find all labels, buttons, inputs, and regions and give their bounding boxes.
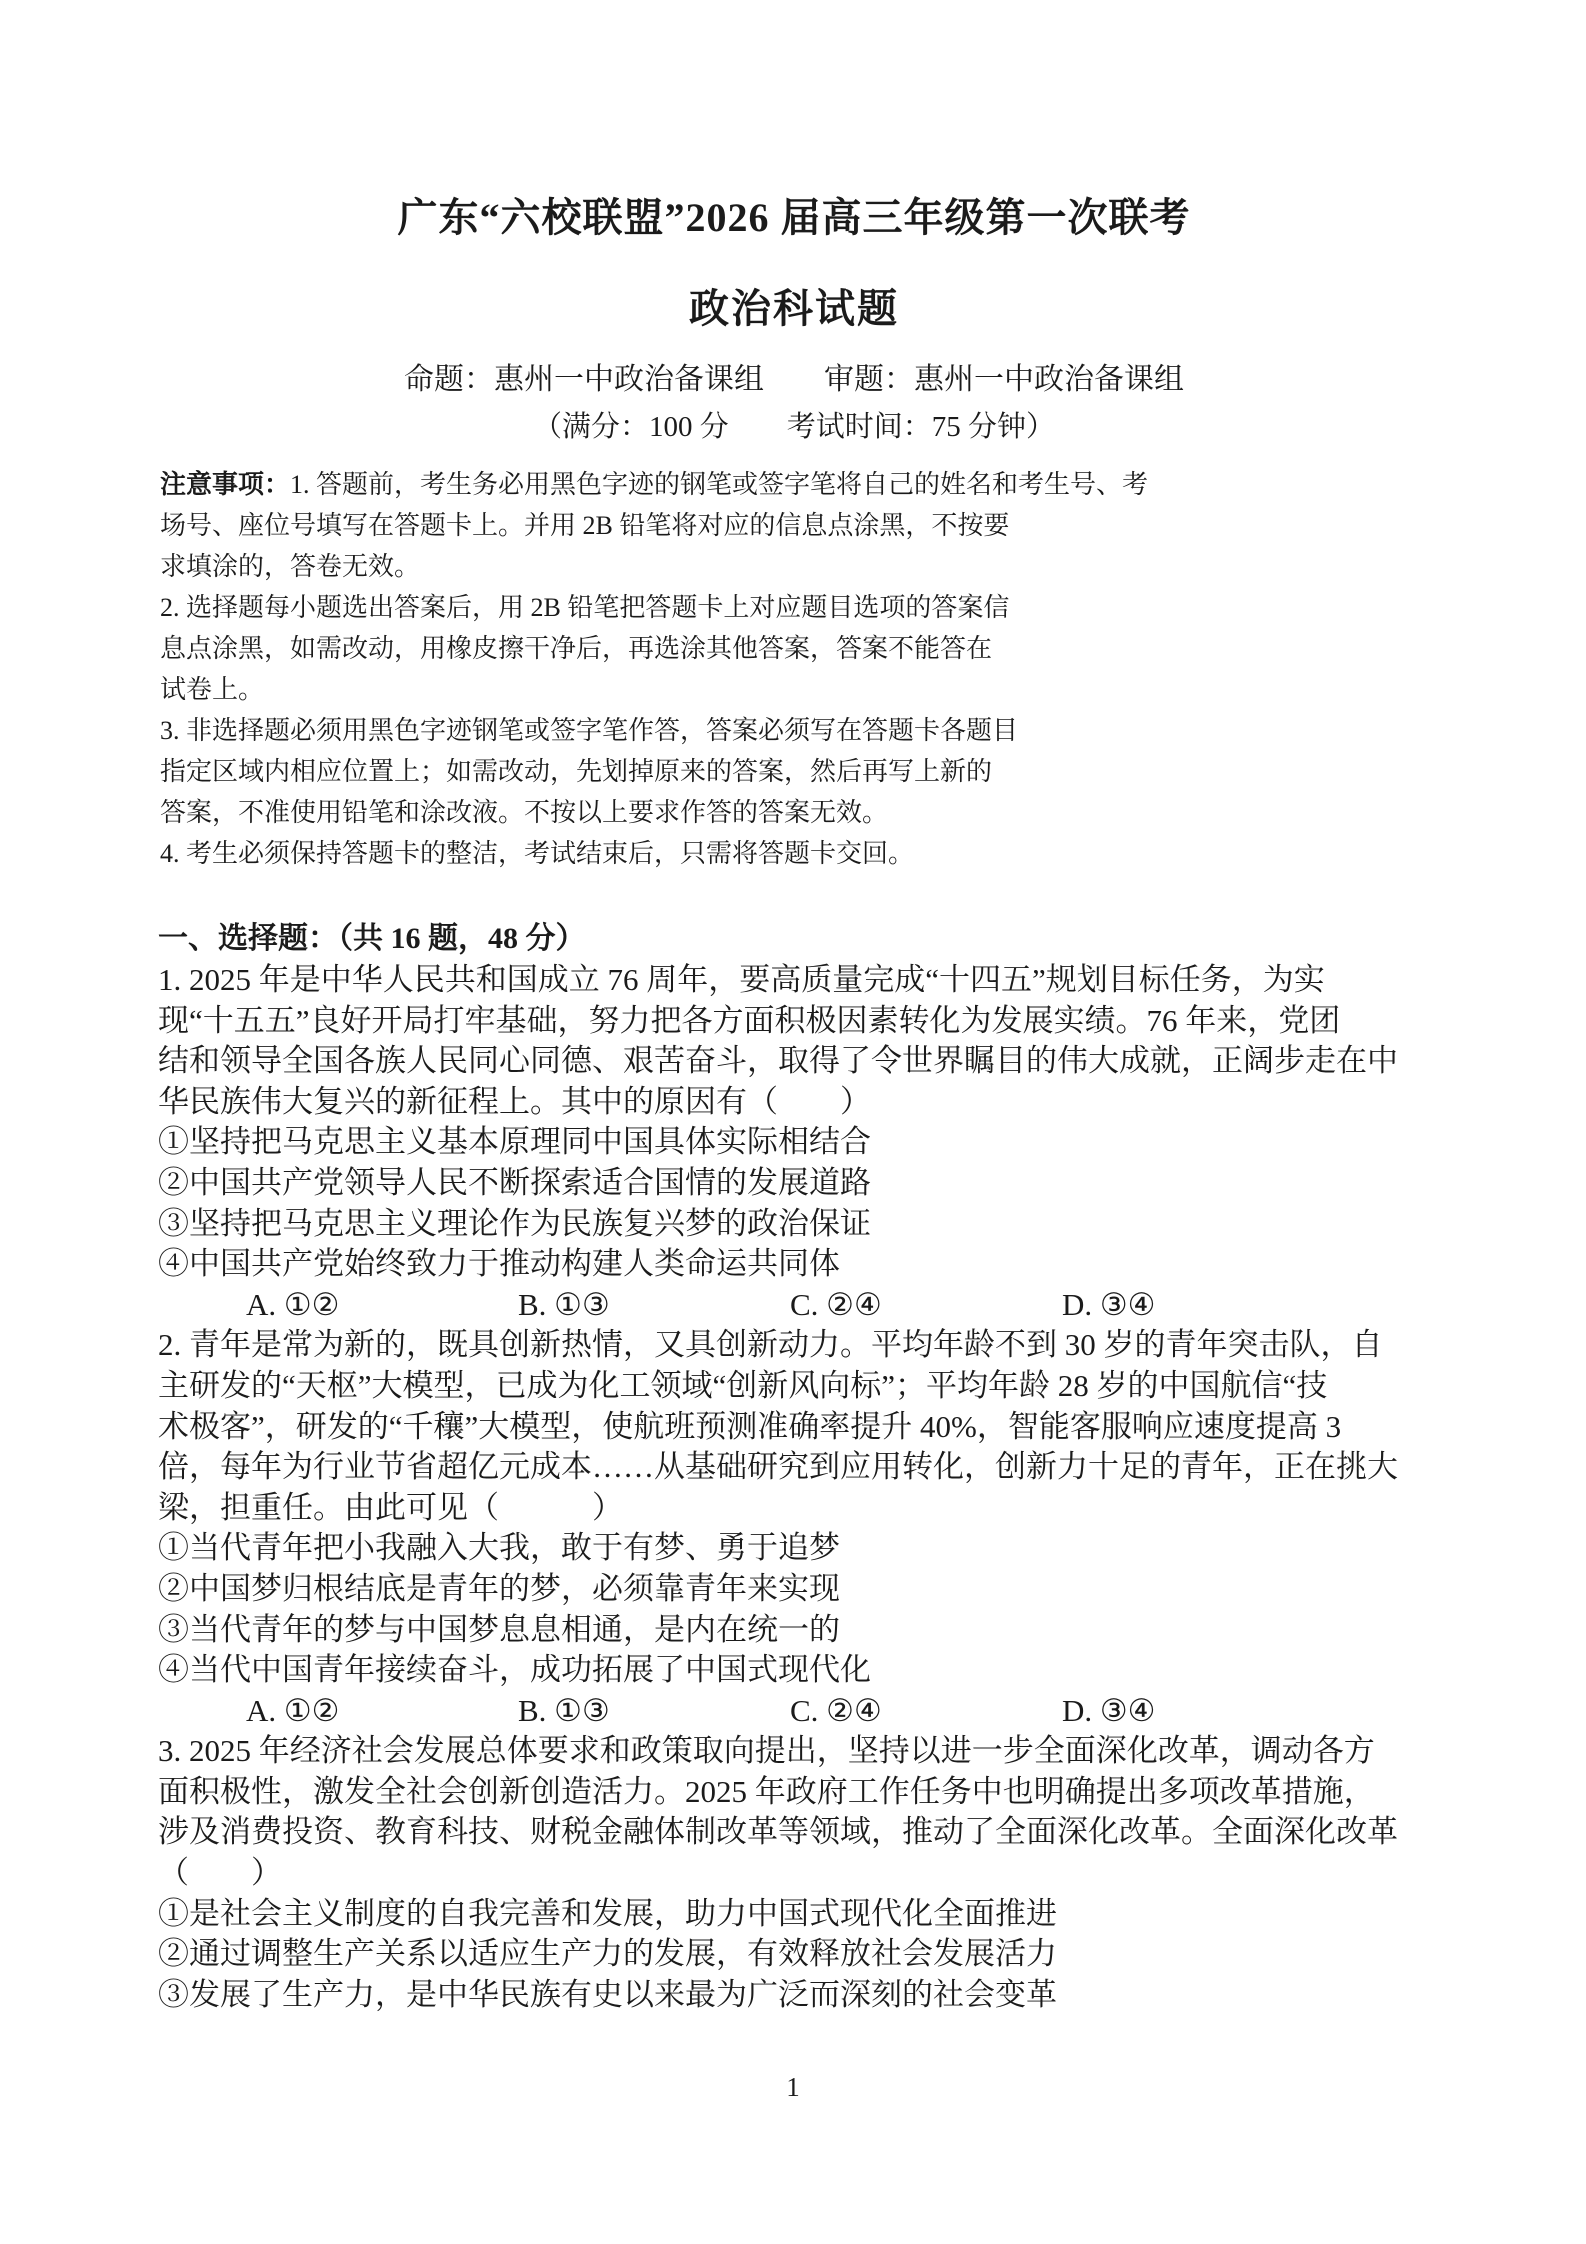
question-stem-line: 现“十五五”良好开局打牢基础，努力把各方面积极因素转化为发展实绩。76 年来，党…: [158, 1001, 1430, 1042]
question-stem-line: （ ）: [158, 1853, 1430, 1894]
choice-line: ④中国共产党始终致力于推动构建人类命运共同体: [158, 1244, 1430, 1285]
options-row: A. ①② B. ①③ C. ②④ D. ③④: [158, 1285, 1430, 1326]
notice-line: 2. 选择题每小题选出答案后，用 2B 铅笔把答题卡上对应题目选项的答案信: [160, 587, 1162, 628]
notice-line: 4. 考生必须保持答题卡的整洁，考试结束后，只需将答题卡交回。: [160, 833, 1162, 874]
choice-line: ③坚持把马克思主义理论作为民族复兴梦的政治保证: [158, 1204, 1430, 1245]
option-d: D. ③④: [1062, 1691, 1155, 1732]
choice-line: ②中国梦归根结底是青年的梦，必须靠青年来实现: [158, 1569, 1430, 1610]
exam-page: 广东“六校联盟”2026 届高三年级第一次联考 政治科试题 命题：惠州一中政治备…: [0, 0, 1586, 2244]
options-row: A. ①② B. ①③ C. ②④ D. ③④: [158, 1691, 1430, 1732]
question-stem-line: 1. 2025 年是中华人民共和国成立 76 周年，要高质量完成“十四五”规划目…: [158, 960, 1430, 1001]
option-a: A. ①②: [246, 1285, 518, 1326]
page-number: 1: [0, 2070, 1586, 2104]
notice-line: 答案，不准使用铅笔和涂改液。不按以上要求作答的答案无效。: [160, 792, 1162, 833]
exam-score-time-line: （满分：100 分 考试时间：75 分钟）: [158, 408, 1430, 446]
choice-line: ②通过调整生产关系以适应生产力的发展，有效释放社会发展活力: [158, 1934, 1430, 1975]
notice-line: 场号、座位号填写在答题卡上。并用 2B 铅笔将对应的信息点涂黑，不按要: [160, 505, 1162, 546]
notice-line: 注意事项：1. 答题前，考生务必用黑色字迹的钢笔或签字笔将自己的姓名和考生号、考: [160, 464, 1162, 505]
notice-line: 息点涂黑，如需改动，用橡皮擦干净后，再选涂其他答案，答案不能答在: [160, 628, 1162, 669]
notice-line-text: 1. 答题前，考生务必用黑色字迹的钢笔或签字笔将自己的姓名和考生号、考: [290, 470, 1148, 499]
question-stem-line: 涉及消费投资、教育科技、财税金融体制改革等领域，推动了全面深化改革。全面深化改革: [158, 1812, 1430, 1853]
question-1: 1. 2025 年是中华人民共和国成立 76 周年，要高质量完成“十四五”规划目…: [158, 960, 1430, 1325]
question-2: 2. 青年是常为新的，既具创新热情，又具创新动力。平均年龄不到 30 岁的青年突…: [158, 1325, 1430, 1731]
option-b: B. ①③: [518, 1285, 790, 1326]
choice-line: ②中国共产党领导人民不断探索适合国情的发展道路: [158, 1163, 1430, 1204]
option-c: C. ②④: [790, 1691, 1062, 1732]
choice-line: ④当代中国青年接续奋斗，成功拓展了中国式现代化: [158, 1650, 1430, 1691]
notice-line: 3. 非选择题必须用黑色字迹钢笔或签字笔作答，答案必须写在答题卡各题目: [160, 710, 1162, 751]
choice-line: ③当代青年的梦与中国梦息息相通，是内在统一的: [158, 1610, 1430, 1651]
question-stem-line: 3. 2025 年经济社会发展总体要求和政策取向提出，坚持以进一步全面深化改革，…: [158, 1731, 1430, 1772]
exam-subtitle: 政治科试题: [158, 284, 1430, 334]
choice-line: ③发展了生产力，是中华民族有史以来最为广泛而深刻的社会变革: [158, 1975, 1430, 2016]
notice-line: 指定区域内相应位置上；如需改动，先划掉原来的答案，然后再写上新的: [160, 751, 1162, 792]
notice-section: 注意事项：1. 答题前，考生务必用黑色字迹的钢笔或签字笔将自己的姓名和考生号、考…: [160, 464, 1162, 874]
question-stem-line: 结和领导全国各族人民同心同德、艰苦奋斗，取得了令世界瞩目的伟大成就，正阔步走在中: [158, 1041, 1430, 1082]
question-stem-line: 术极客”，研发的“千穰”大模型，使航班预测准确率提升 40%，智能客服响应速度提…: [158, 1407, 1430, 1448]
option-c: C. ②④: [790, 1285, 1062, 1326]
option-b: B. ①③: [518, 1691, 790, 1732]
exam-content: 广东“六校联盟”2026 届高三年级第一次联考 政治科试题 命题：惠州一中政治备…: [158, 0, 1430, 2015]
notice-label: 注意事项：: [160, 470, 290, 499]
exam-title: 广东“六校联盟”2026 届高三年级第一次联考: [158, 192, 1430, 244]
question-stem-line: 主研发的“天枢”大模型，已成为化工领域“创新风向标”；平均年龄 28 岁的中国航…: [158, 1366, 1430, 1407]
option-d: D. ③④: [1062, 1285, 1155, 1326]
choice-line: ①是社会主义制度的自我完善和发展，助力中国式现代化全面推进: [158, 1894, 1430, 1935]
question-stem-line: 2. 青年是常为新的，既具创新热情，又具创新动力。平均年龄不到 30 岁的青年突…: [158, 1325, 1430, 1366]
section-heading: 一、选择题：（共 16 题，48 分）: [158, 918, 1430, 960]
question-stem-line: 梁，担重任。由此可见（ ）: [158, 1488, 1430, 1529]
exam-setters-line: 命题：惠州一中政治备课组 审题：惠州一中政治备课组: [158, 360, 1430, 400]
notice-line: 试卷上。: [160, 669, 1162, 710]
question-3: 3. 2025 年经济社会发展总体要求和政策取向提出，坚持以进一步全面深化改革，…: [158, 1731, 1430, 2015]
question-stem-line: 面积极性，激发全社会创新创造活力。2025 年政府工作任务中也明确提出多项改革措…: [158, 1772, 1430, 1813]
notice-line: 求填涂的，答卷无效。: [160, 546, 1162, 587]
question-stem-line: 倍，每年为行业节省超亿元成本……从基础研究到应用转化，创新力十足的青年，正在挑大: [158, 1447, 1430, 1488]
choice-line: ①当代青年把小我融入大我，敢于有梦、勇于追梦: [158, 1528, 1430, 1569]
choice-line: ①坚持把马克思主义基本原理同中国具体实际相结合: [158, 1122, 1430, 1163]
question-stem-line: 华民族伟大复兴的新征程上。其中的原因有（ ）: [158, 1082, 1430, 1123]
option-a: A. ①②: [246, 1691, 518, 1732]
